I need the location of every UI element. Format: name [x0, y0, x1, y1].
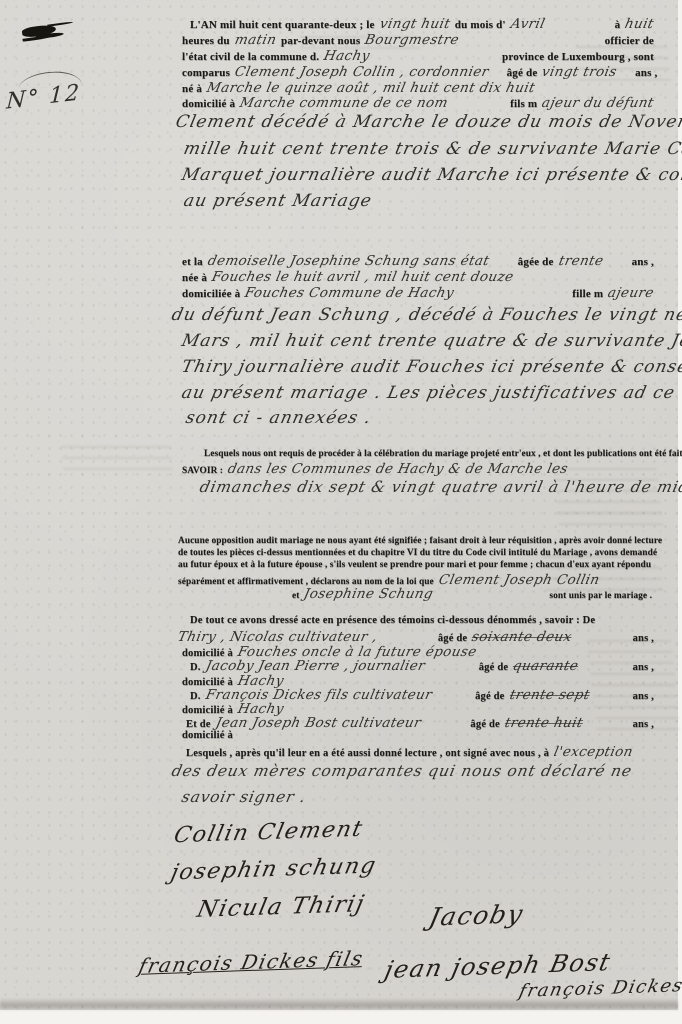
printed-text: comparus — [182, 67, 230, 79]
document-line: D.Jacoby Jean Pierre , journalierâgé deq… — [190, 658, 654, 674]
printed-text: âgé de — [507, 67, 538, 79]
handwritten-text: dans les Communes de Hachy & de Marche l… — [226, 461, 569, 477]
document-line: domiciliée àFouches Commune de Hachyfill… — [182, 285, 654, 301]
printed-text: âgée de — [518, 256, 554, 268]
document-line: dimanches dix sept & vingt quatre avril … — [200, 478, 682, 496]
document-line: comparusClement Joseph Collin , cordonni… — [182, 64, 654, 80]
document-line: domicilié àMarche commune de ce nomfils … — [182, 95, 654, 111]
handwritten-text: Clement décédé à Marche le douze du mois… — [174, 112, 682, 132]
printed-text: l'état civil de la commune d. — [182, 51, 319, 63]
document-line: Thiry , Nicolas cultivateur ,âgé desoixa… — [178, 629, 654, 645]
document-line: De tout ce avons dressé acte en présence… — [190, 615, 654, 626]
handwritten-text: vingt huit — [378, 16, 452, 32]
printed-text: fille m — [572, 288, 603, 300]
document-line: né àMarche le quinze août , mil huit cen… — [182, 80, 654, 96]
handwritten-text: Mars , mil huit cent trente quatre & de … — [180, 331, 682, 351]
document-line: L'AN mil huit cent quarante-deux ; levin… — [190, 16, 654, 32]
document-line: sont ci - annexées . — [186, 408, 371, 428]
printed-text: née à — [182, 272, 207, 284]
signature-witness-jacoby: Jacoby — [427, 899, 527, 931]
handwritten-text: au présent mariage . Les pièces justific… — [180, 383, 682, 403]
scanned-marriage-record-page: { "margin": { "number": "N° 12" }, "line… — [0, 0, 682, 1024]
printed-text: ans , — [633, 662, 654, 673]
handwritten-text: Fouches Commune de Hachy — [244, 285, 456, 301]
handwritten-text: Avril — [509, 16, 546, 32]
handwritten-text: trente — [557, 253, 605, 269]
document-line: SAVOIR :dans les Communes de Hachy & de … — [182, 461, 654, 477]
handwritten-text: au présent Mariage — [182, 191, 374, 211]
printed-text: du mois d' — [455, 19, 506, 31]
handwritten-text: Josephine Schung — [303, 586, 435, 602]
document-line: domicilié à — [182, 730, 654, 741]
printed-text: âgé de — [479, 662, 509, 673]
document-line: de toutes les pièces ci-dessus mentionné… — [178, 548, 652, 558]
printed-text: Lesquels , après qu'il leur en a été aus… — [186, 748, 549, 759]
printed-text: D. — [190, 662, 201, 673]
printed-text: âgé de — [470, 719, 500, 730]
document-line: Mars , mil huit cent trente quatre & de … — [182, 331, 682, 351]
document-line: savoir signer . — [182, 788, 306, 806]
printed-text: ans , — [633, 633, 654, 644]
handwritten-text: matin — [233, 32, 278, 48]
printed-text: fils m — [510, 98, 537, 110]
document-line: Clement décédé à Marche le douze du mois… — [176, 112, 682, 132]
printed-text: sont unis par le mariage . — [549, 591, 652, 601]
document-line: au présent Mariage — [184, 191, 372, 211]
printed-text: province de Luxembourg , sont — [502, 51, 654, 63]
handwritten-text: Marche commune de ce nom — [239, 95, 450, 111]
printed-text: de toutes les pièces ci-dessus mentionné… — [178, 548, 657, 558]
printed-text: par-devant nous — [281, 35, 360, 47]
printed-text: et — [292, 591, 299, 601]
printed-text: De tout ce avons dressé acte en présence… — [190, 615, 595, 626]
handwritten-text: trente huit — [503, 715, 584, 731]
printed-text: Aucune opposition audit mariage ne nous … — [178, 536, 662, 546]
printed-text: ans , — [633, 719, 654, 730]
handwritten-text: du défunt Jean Schung , décédé à Fouches… — [170, 305, 682, 325]
handwritten-text: Hachy — [322, 48, 371, 64]
handwritten-text: savoir signer . — [180, 788, 308, 806]
document-line: mille huit cent trente trois & de surviv… — [184, 139, 682, 159]
printed-text: à — [615, 19, 621, 31]
printed-text: et la — [182, 256, 203, 268]
printed-text: Lesquels nous ont requis de procéder à l… — [204, 449, 682, 459]
document-line: Et deJean Joseph Bost cultivateurâgé det… — [186, 715, 654, 731]
document-line: Thiry journalière audit Fouches ici prés… — [182, 357, 682, 377]
paper-bottom-shadow — [0, 998, 678, 1010]
printed-text: au futur époux et à la future épouse , s… — [178, 560, 651, 570]
handwritten-text: Bourgmestre — [364, 32, 461, 48]
printed-text: SAVOIR : — [182, 466, 223, 476]
handwritten-text: Jacoby Jean Pierre , journalier — [204, 658, 426, 674]
printed-text: Et de — [186, 719, 211, 730]
document-line: et lademoiselle Josephine Schung sans ét… — [182, 253, 654, 269]
document-line: Marquet journalière audit Marche ici pré… — [182, 165, 682, 185]
document-line: Lesquels nous ont requis de procéder à l… — [204, 449, 654, 459]
handwritten-text: Jean Joseph Bost cultivateur — [214, 715, 422, 731]
document-line: l'état civil de la commune d.Hachyprovin… — [182, 48, 654, 64]
bleedthrough-patch — [61, 446, 174, 472]
printed-text: domicilié à — [182, 98, 235, 110]
handwritten-text: Thiry , Nicolas cultivateur , — [176, 629, 379, 645]
handwritten-text: mille huit cent trente trois & de surviv… — [182, 139, 682, 159]
handwritten-text: l'exception — [552, 744, 634, 760]
handwritten-text: Marche le quinze août , mil huit cent di… — [205, 80, 536, 96]
handwritten-text: Marquet journalière audit Marche ici pré… — [180, 165, 682, 185]
handwritten-text: dimanches dix sept & vingt quatre avril … — [198, 478, 682, 496]
handwritten-text: ajeure — [607, 285, 656, 301]
printed-text: né à — [182, 83, 202, 95]
handwritten-text: Thiry journalière audit Fouches ici prés… — [180, 357, 682, 377]
handwritten-text: sont ci - annexées . — [184, 408, 373, 428]
printed-text: officier de — [605, 35, 654, 47]
handwritten-text: Fouches le huit avril , mil huit cent do… — [210, 269, 515, 285]
printed-text: domiciliée à — [182, 288, 240, 300]
printed-text: L'AN mil huit cent quarante-deux ; le — [190, 19, 375, 31]
handwritten-text: soixante deux — [471, 629, 574, 645]
printed-text: heures du — [182, 35, 230, 47]
handwritten-text: huit — [624, 16, 656, 32]
printed-text: domicilié à — [182, 730, 233, 741]
handwritten-text: des deux mères comparantes qui nous ont … — [170, 762, 634, 780]
document-line: au présent mariage . Les pièces justific… — [182, 383, 682, 403]
handwritten-text: demoiselle Josephine Schung sans état — [206, 253, 491, 269]
printed-text: âgé de — [438, 633, 468, 644]
document-line: au futur époux et à la future épouse , s… — [178, 560, 652, 570]
document-line: Aucune opposition audit mariage ne nous … — [178, 536, 652, 546]
handwritten-text: ajeur du défunt — [541, 95, 656, 111]
document-line: des deux mères comparantes qui nous ont … — [172, 762, 632, 780]
document-line: etJosephine Schungsont unis par le maria… — [292, 586, 652, 602]
printed-text: ans , — [635, 67, 657, 79]
document-line: heures dumatinpar-devant nousBourgmestre… — [182, 32, 654, 48]
printed-text: ans , — [632, 256, 654, 268]
document-line: du défunt Jean Schung , décédé à Fouches… — [172, 305, 682, 325]
document-line: née àFouches le huit avril , mil huit ce… — [182, 269, 654, 285]
handwritten-text: quarante — [512, 658, 581, 674]
handwritten-text: Clement Joseph Collin , cordonnier — [233, 64, 490, 80]
document-line: Lesquels , après qu'il leur en a été aus… — [186, 744, 654, 760]
handwritten-text: vingt trois — [541, 64, 619, 80]
